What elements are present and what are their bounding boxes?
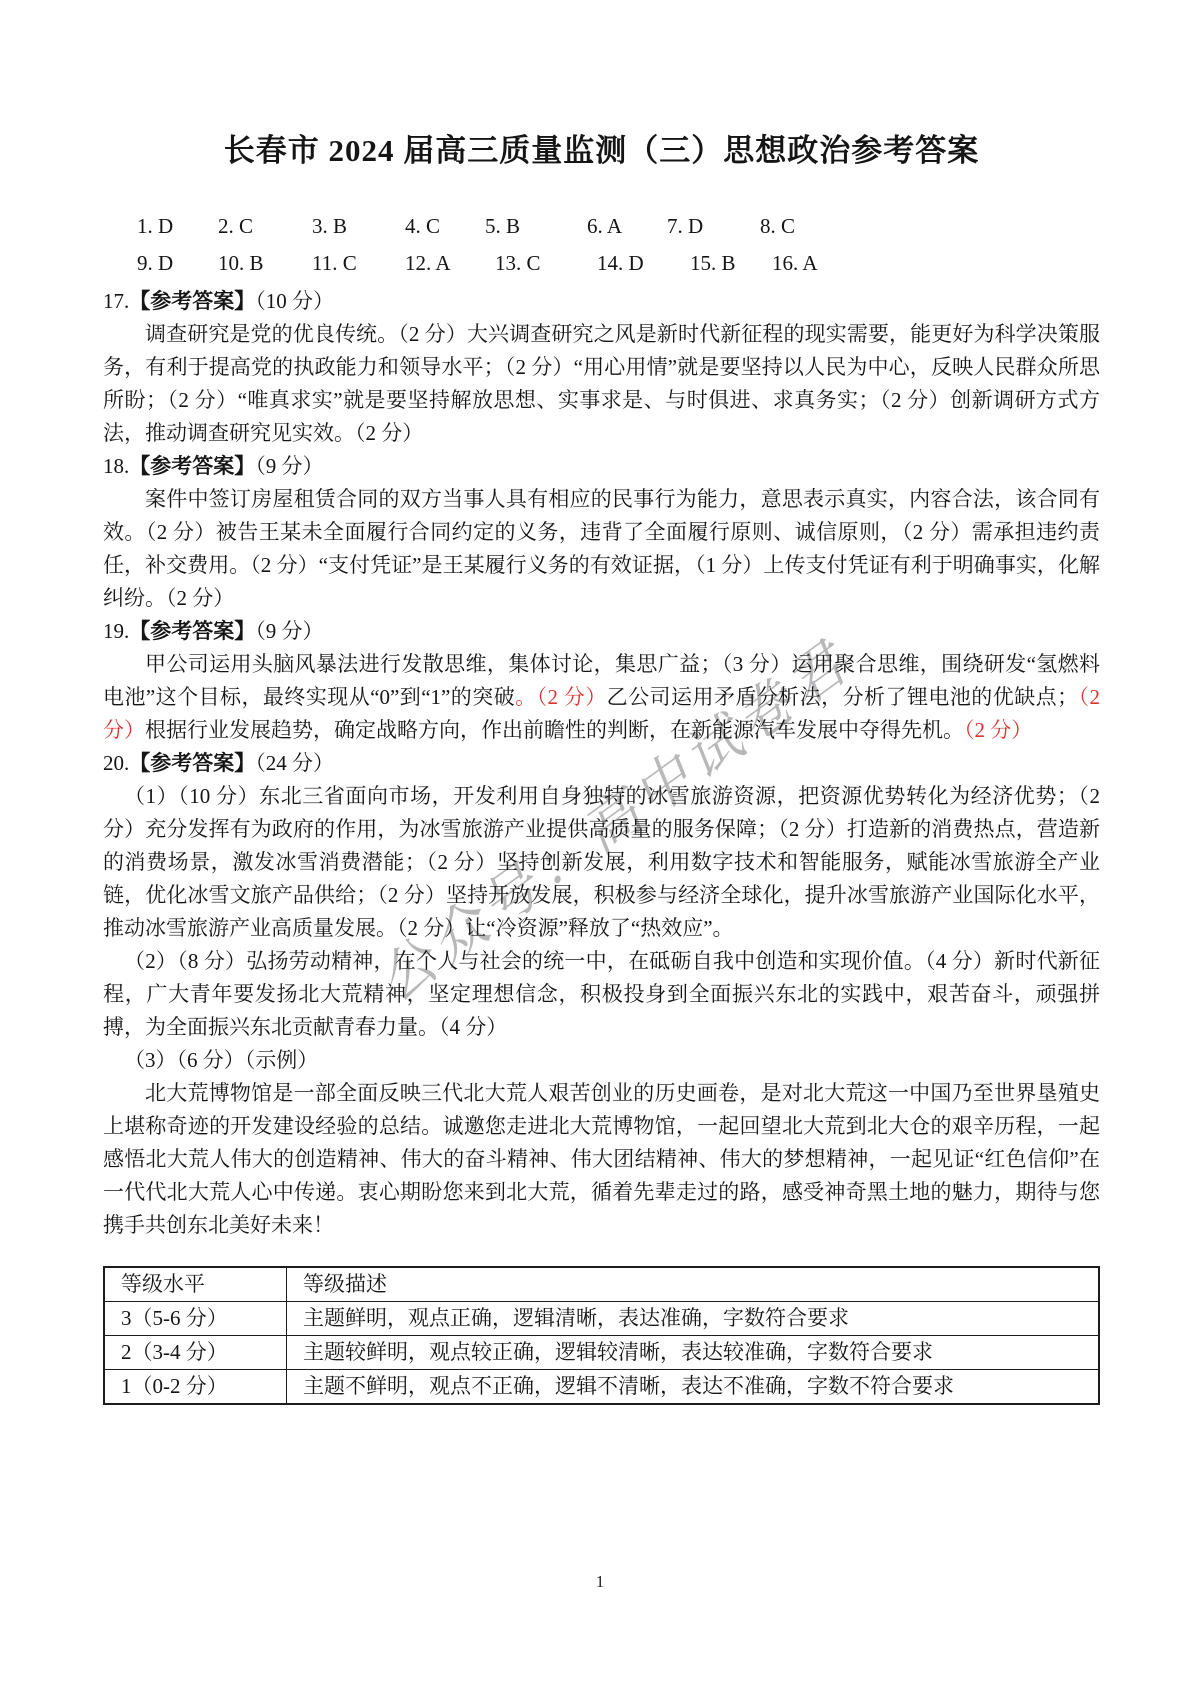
- grading-table-header-row: 等级水平等级描述: [104, 1267, 1099, 1302]
- choice-answers-row-2: 9. D10. B11. C12. A13. C14. D15. B16. A: [103, 251, 1100, 275]
- answer-item: 1. D: [137, 214, 218, 238]
- text-segment: 北大荒博物馆是一部全面反映三代北大荒人艰苦创业的历史画卷，是对北大荒这一中国乃至…: [103, 1081, 1100, 1237]
- table-header-cell: 等级水平: [104, 1267, 287, 1302]
- answer-paragraph: （2）（8 分）弘扬劳动精神，在个人与社会的统一中，在砥砺自我中创造和实现价值。…: [103, 945, 1100, 1044]
- section-heading: 17.【参考答案】（10 分）: [103, 285, 1100, 318]
- table-row: 3（5-6 分）主题鲜明，观点正确，逻辑清晰，表达准确，字数符合要求: [104, 1302, 1099, 1336]
- grading-table-head: 等级水平等级描述: [104, 1267, 1099, 1302]
- score-marker-red: （2 分）: [964, 718, 1032, 742]
- text-segment: 【参考答案】: [129, 289, 255, 313]
- text-segment: （3）（6 分）（示例）: [124, 1048, 318, 1072]
- answer-item: 9. D: [137, 251, 218, 275]
- answer-paragraph: （3）（6 分）（示例）: [103, 1044, 1100, 1077]
- answer-paragraph: （1）（10 分）东北三省面向市场，开发利用自身独特的冰雪旅游资源，把资源优势转…: [103, 780, 1100, 945]
- table-row: 1（0-2 分）主题不鲜明，观点不正确，逻辑不清晰，表达不准确，字数不符合要求: [104, 1370, 1099, 1405]
- text-segment: 【参考答案】: [129, 619, 255, 643]
- answer-paragraph: 案件中签订房屋租赁合同的双方当事人具有相应的民事行为能力，意思表示真实，内容合法…: [103, 483, 1100, 615]
- text-segment: 17.: [103, 289, 129, 313]
- exam-answer-sheet-page: 公众号：高中试卷君 长春市 2024 届高三质量监测（三）思想政治参考答案 1.…: [0, 0, 1200, 1698]
- table-cell: 主题较鲜明，观点较正确，逻辑较清晰，表达较准确，字数符合要求: [287, 1336, 1100, 1370]
- page-title: 长春市 2024 届高三质量监测（三）思想政治参考答案: [103, 134, 1100, 168]
- table-row: 2（3-4 分）主题较鲜明，观点较正确，逻辑较清晰，表达较准确，字数符合要求: [104, 1336, 1099, 1370]
- section-heading: 20.【参考答案】（24 分）: [103, 747, 1100, 780]
- answer-item: 5. B: [485, 214, 587, 238]
- text-segment: （1）（10 分）东北三省面向市场，开发利用自身独特的冰雪旅游资源，把资源优势转…: [103, 784, 1100, 940]
- answer-paragraph: 甲公司运用头脑风暴法进行发散思维，集体讨论，集思广益；（3 分）运用聚合思维，围…: [103, 648, 1100, 747]
- answer-item: 6. A: [587, 214, 667, 238]
- answer-item: 13. C: [495, 251, 597, 275]
- text-segment: 根据行业发展趋势，确定战略方向，作出前瞻性的判断，在新能源汽车发展中夺得先机。: [145, 718, 964, 742]
- table-cell: 2（3-4 分）: [104, 1336, 287, 1370]
- answer-paragraph: 调查研究是党的优良传统。（2 分）大兴调查研究之风是新时代新征程的现实需要，能更…: [103, 318, 1100, 450]
- text-segment: （2）（8 分）弘扬劳动精神，在个人与社会的统一中，在砥砺自我中创造和实现价值。…: [103, 949, 1100, 1039]
- answer-item: 11. C: [312, 251, 405, 275]
- table-cell: 1（0-2 分）: [104, 1370, 287, 1405]
- section-heading: 19.【参考答案】（9 分）: [103, 615, 1100, 648]
- answer-item: 7. D: [667, 214, 760, 238]
- section-heading: 18.【参考答案】（9 分）: [103, 450, 1100, 483]
- text-segment: （24 分）: [255, 751, 334, 775]
- grading-table-body: 3（5-6 分）主题鲜明，观点正确，逻辑清晰，表达准确，字数符合要求2（3-4 …: [104, 1302, 1099, 1405]
- answer-item: 8. C: [760, 214, 795, 238]
- text-segment: 20.: [103, 751, 129, 775]
- table-header-cell: 等级描述: [287, 1267, 1100, 1302]
- answers-body: 17.【参考答案】（10 分）调查研究是党的优良传统。（2 分）大兴调查研究之风…: [103, 285, 1100, 1242]
- text-segment: （9 分）: [255, 619, 323, 643]
- grading-table: 等级水平等级描述 3（5-6 分）主题鲜明，观点正确，逻辑清晰，表达准确，字数符…: [103, 1266, 1100, 1405]
- text-segment: （9 分）: [255, 454, 323, 478]
- page-number: 1: [0, 1572, 1200, 1592]
- answer-item: 15. B: [690, 251, 772, 275]
- table-cell: 主题鲜明，观点正确，逻辑清晰，表达准确，字数符合要求: [287, 1302, 1100, 1336]
- answer-item: 4. C: [405, 214, 485, 238]
- answer-item: 2. C: [218, 214, 312, 238]
- page-content: 长春市 2024 届高三质量监测（三）思想政治参考答案 1. D2. C3. B…: [103, 0, 1100, 1405]
- score-marker-red: 。（2 分）: [515, 685, 607, 709]
- text-segment: 案件中签订房屋租赁合同的双方当事人具有相应的民事行为能力，意思表示真实，内容合法…: [103, 487, 1100, 610]
- text-segment: 19.: [103, 619, 129, 643]
- table-cell: 3（5-6 分）: [104, 1302, 287, 1336]
- text-segment: 调查研究是党的优良传统。（2 分）大兴调查研究之风是新时代新征程的现实需要，能更…: [103, 322, 1100, 445]
- table-cell: 主题不鲜明，观点不正确，逻辑不清晰，表达不准确，字数不符合要求: [287, 1370, 1100, 1405]
- answer-item: 10. B: [218, 251, 312, 275]
- text-segment: 【参考答案】: [129, 454, 255, 478]
- text-segment: （10 分）: [255, 289, 334, 313]
- answer-item: 14. D: [597, 251, 690, 275]
- answer-item: 12. A: [405, 251, 495, 275]
- text-segment: 【参考答案】: [129, 751, 255, 775]
- answer-item: 3. B: [312, 214, 405, 238]
- text-segment: 乙公司运用矛盾分析法，分析了锂电池的优缺点；: [607, 685, 1078, 709]
- choice-answers-row-1: 1. D2. C3. B4. C5. B6. A7. D8. C: [103, 214, 1100, 238]
- answer-paragraph: 北大荒博物馆是一部全面反映三代北大荒人艰苦创业的历史画卷，是对北大荒这一中国乃至…: [103, 1077, 1100, 1242]
- text-segment: 18.: [103, 454, 129, 478]
- answer-item: 16. A: [772, 251, 818, 275]
